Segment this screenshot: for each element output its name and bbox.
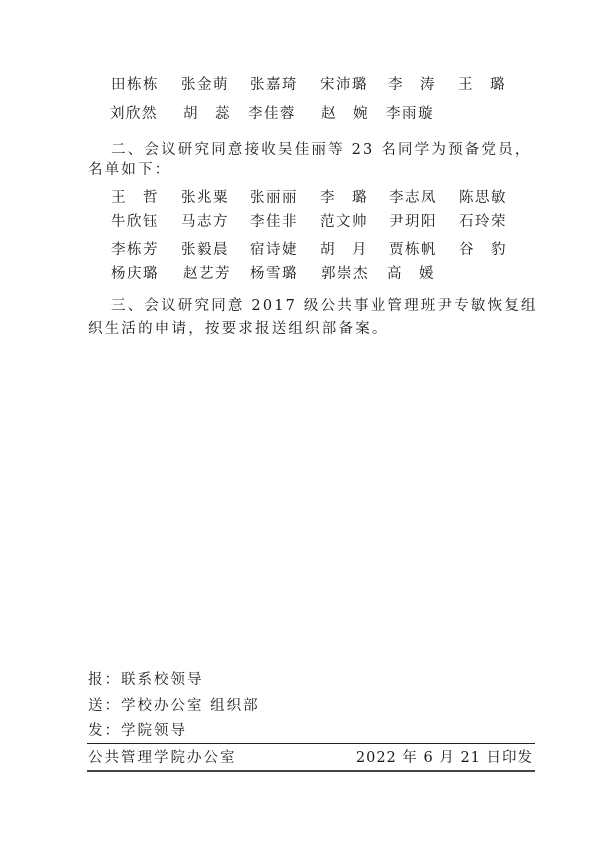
name-item: 谷 豹 [459,240,507,260]
section-2-line-1: 二、会议研究同意接收吴佳丽等 23 名同学为预备党员， [111,140,551,160]
member-row-1: 王 哲 张兆粟 张丽丽 李 璐 李志凤 陈思敏 [0,188,598,210]
name-item: 牛欣钰 [111,212,159,232]
name-item: 范文帅 [320,212,368,232]
name-item: 张丽丽 [250,188,298,208]
name-item: 张兆粟 [181,188,229,208]
name-item: 刘欣然 [110,104,158,124]
name-item: 陈思敏 [459,188,507,208]
issue-to: 发：学院领导 [88,721,187,741]
member-row-3: 李栋芳 张毅晨 宿诗婕 胡 月 贾栋帆 谷 豹 [0,240,598,262]
name-item: 胡 蕊 [183,104,231,124]
name-item: 宋沛璐 [320,75,368,95]
name-item: 郭崇杰 [321,264,369,284]
name-item: 田栋栋 [111,75,159,95]
footer-rule-top [87,743,535,744]
member-row-2: 牛欣钰 马志方 李佳非 范文帅 尹玥阳 石玲荣 [0,212,598,234]
send-to: 送：学校办公室 组织部 [88,696,260,716]
section-3-line-1: 三、会议研究同意 2017 级公共事业管理班尹专敏恢复组 [111,296,551,316]
name-item: 张金萌 [181,75,229,95]
name-item: 贾栋帆 [389,240,437,260]
name-item: 高 媛 [387,264,435,284]
section-2-line-2: 名单如下： [88,160,528,180]
footer-rule-bottom [87,770,535,772]
name-item: 李志凤 [389,188,437,208]
issuing-office: 公共管理学院办公室 [88,748,237,768]
name-item: 石玲荣 [459,212,507,232]
name-item: 李雨璇 [386,104,434,124]
name-item: 张嘉琦 [250,75,298,95]
name-item: 张毅晨 [181,240,229,260]
name-item: 李 涛 [388,75,436,95]
name-item: 王 哲 [111,188,159,208]
name-row-1: 田栋栋 张金萌 张嘉琦 宋沛璐 李 涛 王 璐 [0,75,598,97]
name-item: 胡 月 [320,240,368,260]
name-item: 赵 婉 [321,104,369,124]
name-item: 赵艺芳 [183,264,231,284]
name-item: 李栋芳 [111,240,159,260]
report-to: 报：联系校领导 [88,670,204,690]
issue-date: 2022 年 6 月 21 日印发 [356,748,533,768]
name-item: 王 璐 [458,75,506,95]
name-item: 李佳蓉 [248,104,296,124]
name-row-2: 刘欣然 胡 蕊 李佳蓉 赵 婉 李雨璇 [0,104,598,126]
name-item: 杨庆璐 [111,264,159,284]
name-item: 尹玥阳 [389,212,437,232]
document-page: 田栋栋 张金萌 张嘉琦 宋沛璐 李 涛 王 璐 刘欣然 胡 蕊 李佳蓉 赵 婉 … [0,0,598,843]
section-3-line-2: 织生活的申请，按要求报送组织部备案。 [88,319,528,339]
name-item: 李 璐 [320,188,368,208]
member-row-4: 杨庆璐 赵艺芳 杨雪璐 郭崇杰 高 媛 [0,264,598,286]
name-item: 马志方 [181,212,229,232]
name-item: 宿诗婕 [250,240,298,260]
name-item: 杨雪璐 [250,264,298,284]
name-item: 李佳非 [250,212,298,232]
